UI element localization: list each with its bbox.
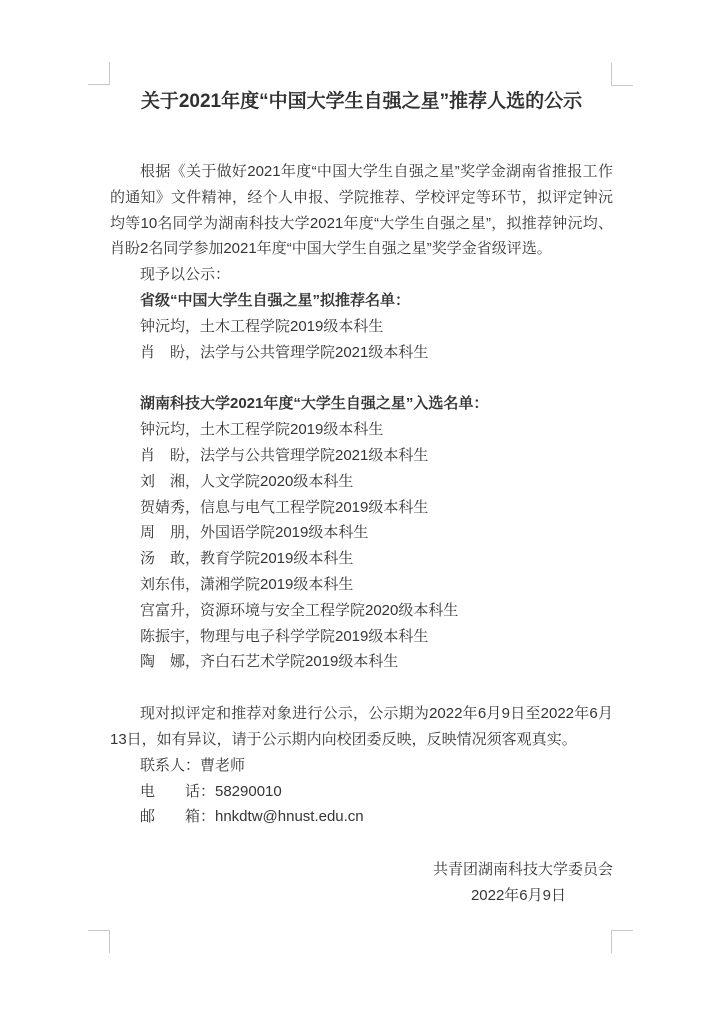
margin-crop-mark-bottom-right — [611, 930, 633, 953]
university-list-item: 陶 娜，齐白石艺术学院2019级本科生 — [110, 649, 613, 675]
contact-person-line: 联系人：曹老师 — [110, 753, 613, 779]
university-list-item: 钟沅均，土木工程学院2019级本科生 — [110, 417, 613, 443]
university-list-item: 周 朋，外国语学院2019级本科生 — [110, 520, 613, 546]
university-list-item: 贺婧秀，信息与电气工程学院2019级本科生 — [110, 495, 613, 521]
university-list-item: 肖 盼，法学与公共管理学院2021级本科生 — [110, 443, 613, 469]
document-page: 关于2021年度“中国大学生自强之星”推荐人选的公示 根据《关于做好2021年度… — [0, 0, 720, 1018]
provincial-list-item: 钟沅均，土木工程学院2019级本科生 — [110, 314, 613, 340]
university-list-item: 刘东伟，潇湘学院2019级本科生 — [110, 572, 613, 598]
provincial-list-item: 肖 盼，法学与公共管理学院2021级本科生 — [110, 340, 613, 366]
university-list-header: 湖南科技大学2021年度“大学生自强之星”入选名单： — [110, 391, 613, 417]
announce-line: 现予以公示： — [110, 262, 613, 288]
contact-email-line: 邮 箱：hnkdtw@hnust.edu.cn — [110, 804, 613, 830]
contact-phone-line: 电 话：58290010 — [110, 779, 613, 805]
margin-crop-mark-bottom-left — [88, 930, 110, 953]
university-list-item: 刘 湘，人文学院2020级本科生 — [110, 469, 613, 495]
intro-paragraph: 根据《关于做好2021年度“中国大学生自强之星”奖学金湖南省推报工作的通知》文件… — [110, 159, 613, 262]
publicity-paragraph: 现对拟评定和推荐对象进行公示，公示期为2022年6月9日至2022年6月13日，… — [110, 701, 613, 753]
margin-crop-mark-top-left — [88, 62, 110, 85]
provincial-list-header: 省级“中国大学生自强之星”拟推荐名单： — [110, 288, 613, 314]
signature-block: 共青团湖南科技大学委员会 2022年6月9日 — [110, 857, 613, 909]
signature-organization: 共青团湖南科技大学委员会 — [110, 857, 613, 883]
university-list-item: 宫富升，资源环境与安全工程学院2020级本科生 — [110, 598, 613, 624]
document-title: 关于2021年度“中国大学生自强之星”推荐人选的公示 — [110, 88, 613, 115]
margin-crop-mark-top-right — [611, 63, 633, 86]
document-body: 关于2021年度“中国大学生自强之星”推荐人选的公示 根据《关于做好2021年度… — [110, 88, 613, 909]
signature-date: 2022年6月9日 — [110, 883, 613, 909]
university-list-item: 陈振宇，物理与电子科学学院2019级本科生 — [110, 624, 613, 650]
university-list-item: 汤 敢，教育学院2019级本科生 — [110, 546, 613, 572]
